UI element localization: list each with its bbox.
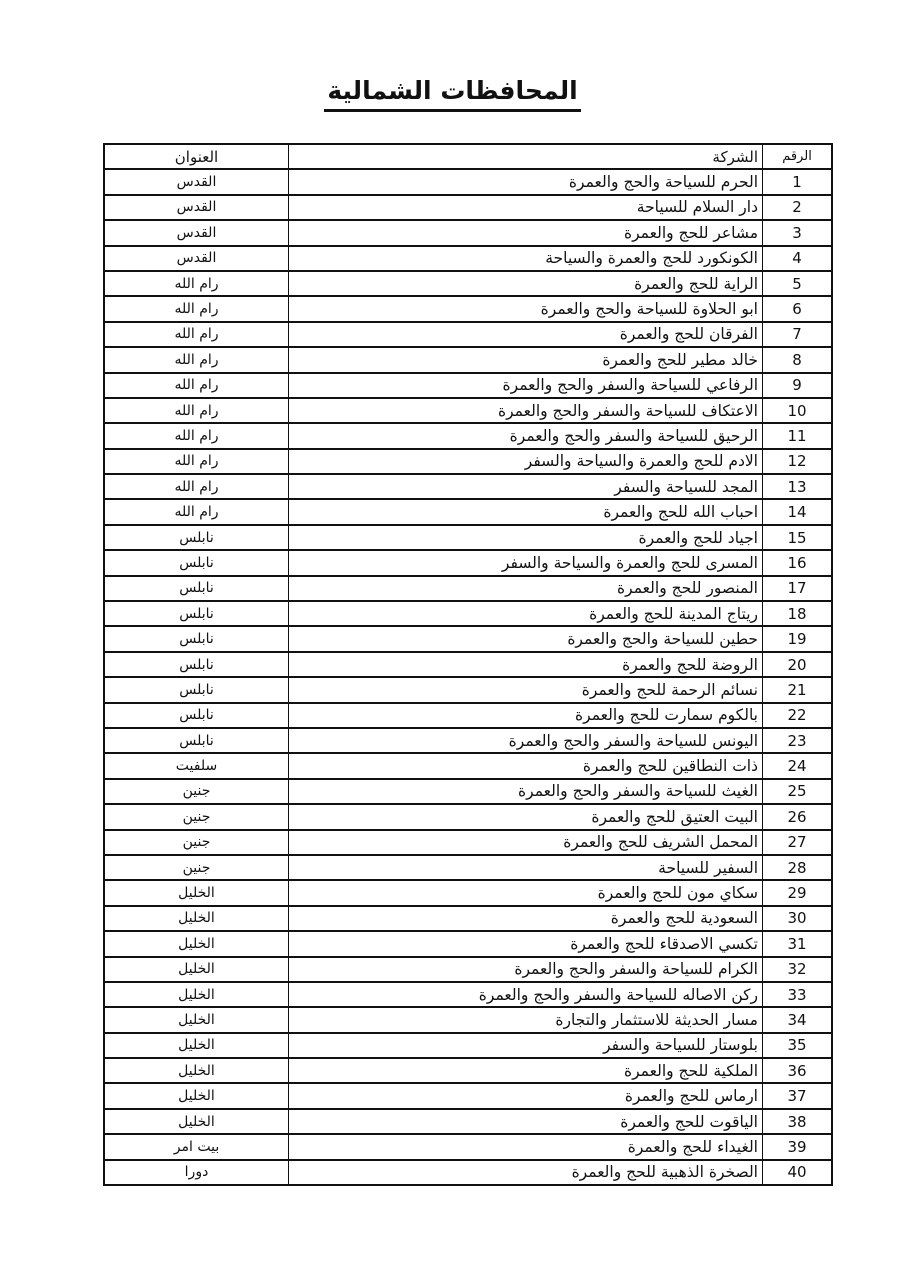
row-address: نابلس	[104, 601, 289, 626]
row-address: سلفيت	[104, 753, 289, 778]
row-number: 40	[763, 1160, 833, 1185]
row-company-name: الاعتكاف للسياحة والسفر والحج والعمرة	[289, 398, 763, 423]
row-company-name: الكرام للسياحة والسفر والحج والعمرة	[289, 957, 763, 982]
row-company-name: الفرقان للحج والعمرة	[289, 322, 763, 347]
row-number: 24	[763, 753, 833, 778]
row-address: الخليل	[104, 982, 289, 1007]
row-address: رام الله	[104, 449, 289, 474]
table-row: 31تكسي الاصدقاء للحج والعمرةالخليل	[104, 931, 832, 956]
table-row: 22بالكوم سمارت للحج والعمرةنابلس	[104, 703, 832, 728]
page-title-text: المحافظات الشمالية	[324, 76, 580, 112]
table-row: 6ابو الحلاوة للسياحة والحج والعمرةرام ال…	[104, 296, 832, 321]
row-number: 16	[763, 550, 833, 575]
table-row: 34مسار الحديثة للاستثمار والتجارةالخليل	[104, 1007, 832, 1032]
row-company-name: حطين للسياحة والحج والعمرة	[289, 626, 763, 651]
row-number: 21	[763, 677, 833, 702]
row-number: 27	[763, 830, 833, 855]
table-row: 15اجياد للحج والعمرةنابلس	[104, 525, 832, 550]
table-row: 26البيت العتيق للحج والعمرةجنين	[104, 804, 832, 829]
row-address: نابلس	[104, 703, 289, 728]
page-title: المحافظات الشمالية	[0, 76, 905, 112]
row-company-name: ريتاج المدينة للحج والعمرة	[289, 601, 763, 626]
row-company-name: خالد مطير للحج والعمرة	[289, 347, 763, 372]
row-company-name: بلوستار للسياحة والسفر	[289, 1033, 763, 1058]
table-row: 9الرفاعي للسياحة والسفر والحج والعمرةرام…	[104, 373, 832, 398]
row-company-name: سكاي مون للحج والعمرة	[289, 880, 763, 905]
table-row: 17المنصور للحج والعمرةنابلس	[104, 576, 832, 601]
row-address: الخليل	[104, 957, 289, 982]
table-row: 21نسائم الرحمة للحج والعمرةنابلس	[104, 677, 832, 702]
row-address: نابلس	[104, 728, 289, 753]
row-company-name: الغيداء للحج والعمرة	[289, 1134, 763, 1159]
row-number: 28	[763, 855, 833, 880]
table-row: 30السعودية للحج والعمرةالخليل	[104, 906, 832, 931]
row-company-name: المنصور للحج والعمرة	[289, 576, 763, 601]
row-number: 8	[763, 347, 833, 372]
row-number: 5	[763, 271, 833, 296]
row-number: 37	[763, 1083, 833, 1108]
row-company-name: الروضة للحج والعمرة	[289, 652, 763, 677]
table-row: 2دار السلام للسياحةالقدس	[104, 195, 832, 220]
row-company-name: الرفاعي للسياحة والسفر والحج والعمرة	[289, 373, 763, 398]
table-body: 1الحرم للسياحة والحج والعمرةالقدس2دار ال…	[104, 169, 832, 1185]
row-number: 1	[763, 169, 833, 194]
row-address: جنين	[104, 855, 289, 880]
row-company-name: ركن الاصاله للسياحة والسفر والحج والعمرة	[289, 982, 763, 1007]
table-row: 18ريتاج المدينة للحج والعمرةنابلس	[104, 601, 832, 626]
row-number: 29	[763, 880, 833, 905]
row-address: الخليل	[104, 906, 289, 931]
row-company-name: المحمل الشريف للحج والعمرة	[289, 830, 763, 855]
row-address: دورا	[104, 1160, 289, 1185]
row-number: 39	[763, 1134, 833, 1159]
table-row: 33ركن الاصاله للسياحة والسفر والحج والعم…	[104, 982, 832, 1007]
row-company-name: الراية للحج والعمرة	[289, 271, 763, 296]
row-company-name: الغيث للسياحة والسفر والحج والعمرة	[289, 779, 763, 804]
row-company-name: تكسي الاصدقاء للحج والعمرة	[289, 931, 763, 956]
row-address: رام الله	[104, 271, 289, 296]
table-row: 36الملكية للحج والعمرةالخليل	[104, 1058, 832, 1083]
table-row: 40الصخرة الذهبية للحج والعمرةدورا	[104, 1160, 832, 1185]
row-number: 9	[763, 373, 833, 398]
row-address: الخليل	[104, 1083, 289, 1108]
row-number: 18	[763, 601, 833, 626]
row-address: نابلس	[104, 525, 289, 550]
row-company-name: مسار الحديثة للاستثمار والتجارة	[289, 1007, 763, 1032]
row-company-name: المجد للسياحة والسفر	[289, 474, 763, 499]
row-company-name: المسرى للحج والعمرة والسياحة والسفر	[289, 550, 763, 575]
row-address: جنين	[104, 779, 289, 804]
row-number: 34	[763, 1007, 833, 1032]
row-number: 6	[763, 296, 833, 321]
row-number: 22	[763, 703, 833, 728]
table-row: 20الروضة للحج والعمرةنابلس	[104, 652, 832, 677]
row-address: الخليل	[104, 1033, 289, 1058]
table-row: 23اليونس للسياحة والسفر والحج والعمرةناب…	[104, 728, 832, 753]
row-company-name: ارماس للحج والعمرة	[289, 1083, 763, 1108]
row-number: 30	[763, 906, 833, 931]
row-company-name: اجياد للحج والعمرة	[289, 525, 763, 550]
row-address: نابلس	[104, 626, 289, 651]
table-row: 38الياقوت للحج والعمرةالخليل	[104, 1109, 832, 1134]
row-address: رام الله	[104, 373, 289, 398]
row-number: 23	[763, 728, 833, 753]
table-row: 12الادم للحج والعمرة والسياحة والسفررام …	[104, 449, 832, 474]
row-number: 20	[763, 652, 833, 677]
table-row: 13المجد للسياحة والسفررام الله	[104, 474, 832, 499]
row-number: 31	[763, 931, 833, 956]
table-row: 5الراية للحج والعمرةرام الله	[104, 271, 832, 296]
row-address: رام الله	[104, 499, 289, 524]
row-number: 2	[763, 195, 833, 220]
row-address: رام الله	[104, 296, 289, 321]
row-number: 15	[763, 525, 833, 550]
table-row: 8خالد مطير للحج والعمرةرام الله	[104, 347, 832, 372]
table-row: 35بلوستار للسياحة والسفرالخليل	[104, 1033, 832, 1058]
row-number: 11	[763, 423, 833, 448]
table-row: 11الرحيق للسياحة والسفر والحج والعمرةرام…	[104, 423, 832, 448]
row-address: الخليل	[104, 1058, 289, 1083]
table-row: 29سكاي مون للحج والعمرةالخليل	[104, 880, 832, 905]
table-row: 10الاعتكاف للسياحة والسفر والحج والعمرةر…	[104, 398, 832, 423]
row-number: 26	[763, 804, 833, 829]
row-address: جنين	[104, 804, 289, 829]
row-company-name: البيت العتيق للحج والعمرة	[289, 804, 763, 829]
table-row: 4الكونكورد للحج والعمرة والسياحةالقدس	[104, 246, 832, 271]
table-row: 1الحرم للسياحة والحج والعمرةالقدس	[104, 169, 832, 194]
row-company-name: السفير للسياحة	[289, 855, 763, 880]
row-company-name: السعودية للحج والعمرة	[289, 906, 763, 931]
row-number: 17	[763, 576, 833, 601]
row-company-name: ابو الحلاوة للسياحة والحج والعمرة	[289, 296, 763, 321]
row-number: 19	[763, 626, 833, 651]
row-number: 36	[763, 1058, 833, 1083]
table-row: 3مشاعر للحج والعمرةالقدس	[104, 220, 832, 245]
row-number: 14	[763, 499, 833, 524]
table-row: 28السفير للسياحةجنين	[104, 855, 832, 880]
row-number: 25	[763, 779, 833, 804]
table-row: 25الغيث للسياحة والسفر والحج والعمرةجنين	[104, 779, 832, 804]
row-company-name: اليونس للسياحة والسفر والحج والعمرة	[289, 728, 763, 753]
row-address: القدس	[104, 220, 289, 245]
row-number: 33	[763, 982, 833, 1007]
row-company-name: الكونكورد للحج والعمرة والسياحة	[289, 246, 763, 271]
row-address: بيت امر	[104, 1134, 289, 1159]
table-row: 32الكرام للسياحة والسفر والحج والعمرةالخ…	[104, 957, 832, 982]
row-number: 10	[763, 398, 833, 423]
row-company-name: الادم للحج والعمرة والسياحة والسفر	[289, 449, 763, 474]
row-address: نابلس	[104, 677, 289, 702]
row-company-name: بالكوم سمارت للحج والعمرة	[289, 703, 763, 728]
row-company-name: دار السلام للسياحة	[289, 195, 763, 220]
row-address: نابلس	[104, 550, 289, 575]
row-address: رام الله	[104, 398, 289, 423]
row-address: القدس	[104, 195, 289, 220]
companies-table: الرقم الشركة العنوان 1الحرم للسياحة والح…	[103, 143, 833, 1186]
row-number: 38	[763, 1109, 833, 1134]
table-row: 39الغيداء للحج والعمرةبيت امر	[104, 1134, 832, 1159]
row-number: 3	[763, 220, 833, 245]
row-company-name: مشاعر للحج والعمرة	[289, 220, 763, 245]
row-number: 7	[763, 322, 833, 347]
row-company-name: الحرم للسياحة والحج والعمرة	[289, 169, 763, 194]
row-address: جنين	[104, 830, 289, 855]
row-number: 12	[763, 449, 833, 474]
row-company-name: نسائم الرحمة للحج والعمرة	[289, 677, 763, 702]
row-number: 32	[763, 957, 833, 982]
row-address: الخليل	[104, 880, 289, 905]
row-company-name: الرحيق للسياحة والسفر والحج والعمرة	[289, 423, 763, 448]
row-company-name: ذات النطاقين للحج والعمرة	[289, 753, 763, 778]
row-address: القدس	[104, 246, 289, 271]
row-address: رام الله	[104, 474, 289, 499]
table-row: 27المحمل الشريف للحج والعمرةجنين	[104, 830, 832, 855]
row-address: الخليل	[104, 931, 289, 956]
row-number: 35	[763, 1033, 833, 1058]
row-address: رام الله	[104, 347, 289, 372]
header-address: العنوان	[104, 144, 289, 169]
row-company-name: احباب الله للحج والعمرة	[289, 499, 763, 524]
row-address: الخليل	[104, 1007, 289, 1032]
document-page: المحافظات الشمالية الرقم الشركة العنوان …	[0, 0, 905, 1280]
row-address: الخليل	[104, 1109, 289, 1134]
row-number: 4	[763, 246, 833, 271]
row-company-name: الياقوت للحج والعمرة	[289, 1109, 763, 1134]
row-company-name: الملكية للحج والعمرة	[289, 1058, 763, 1083]
table-row: 24ذات النطاقين للحج والعمرةسلفيت	[104, 753, 832, 778]
row-number: 13	[763, 474, 833, 499]
row-address: نابلس	[104, 576, 289, 601]
header-number: الرقم	[763, 144, 833, 169]
table-row: 14احباب الله للحج والعمرةرام الله	[104, 499, 832, 524]
row-address: نابلس	[104, 652, 289, 677]
table-row: 37ارماس للحج والعمرةالخليل	[104, 1083, 832, 1108]
table-row: 19حطين للسياحة والحج والعمرةنابلس	[104, 626, 832, 651]
row-address: رام الله	[104, 322, 289, 347]
table-row: 16المسرى للحج والعمرة والسياحة والسفرناب…	[104, 550, 832, 575]
row-address: رام الله	[104, 423, 289, 448]
header-company: الشركة	[289, 144, 763, 169]
table-row: 7الفرقان للحج والعمرةرام الله	[104, 322, 832, 347]
row-company-name: الصخرة الذهبية للحج والعمرة	[289, 1160, 763, 1185]
header-row: الرقم الشركة العنوان	[104, 144, 832, 169]
row-address: القدس	[104, 169, 289, 194]
